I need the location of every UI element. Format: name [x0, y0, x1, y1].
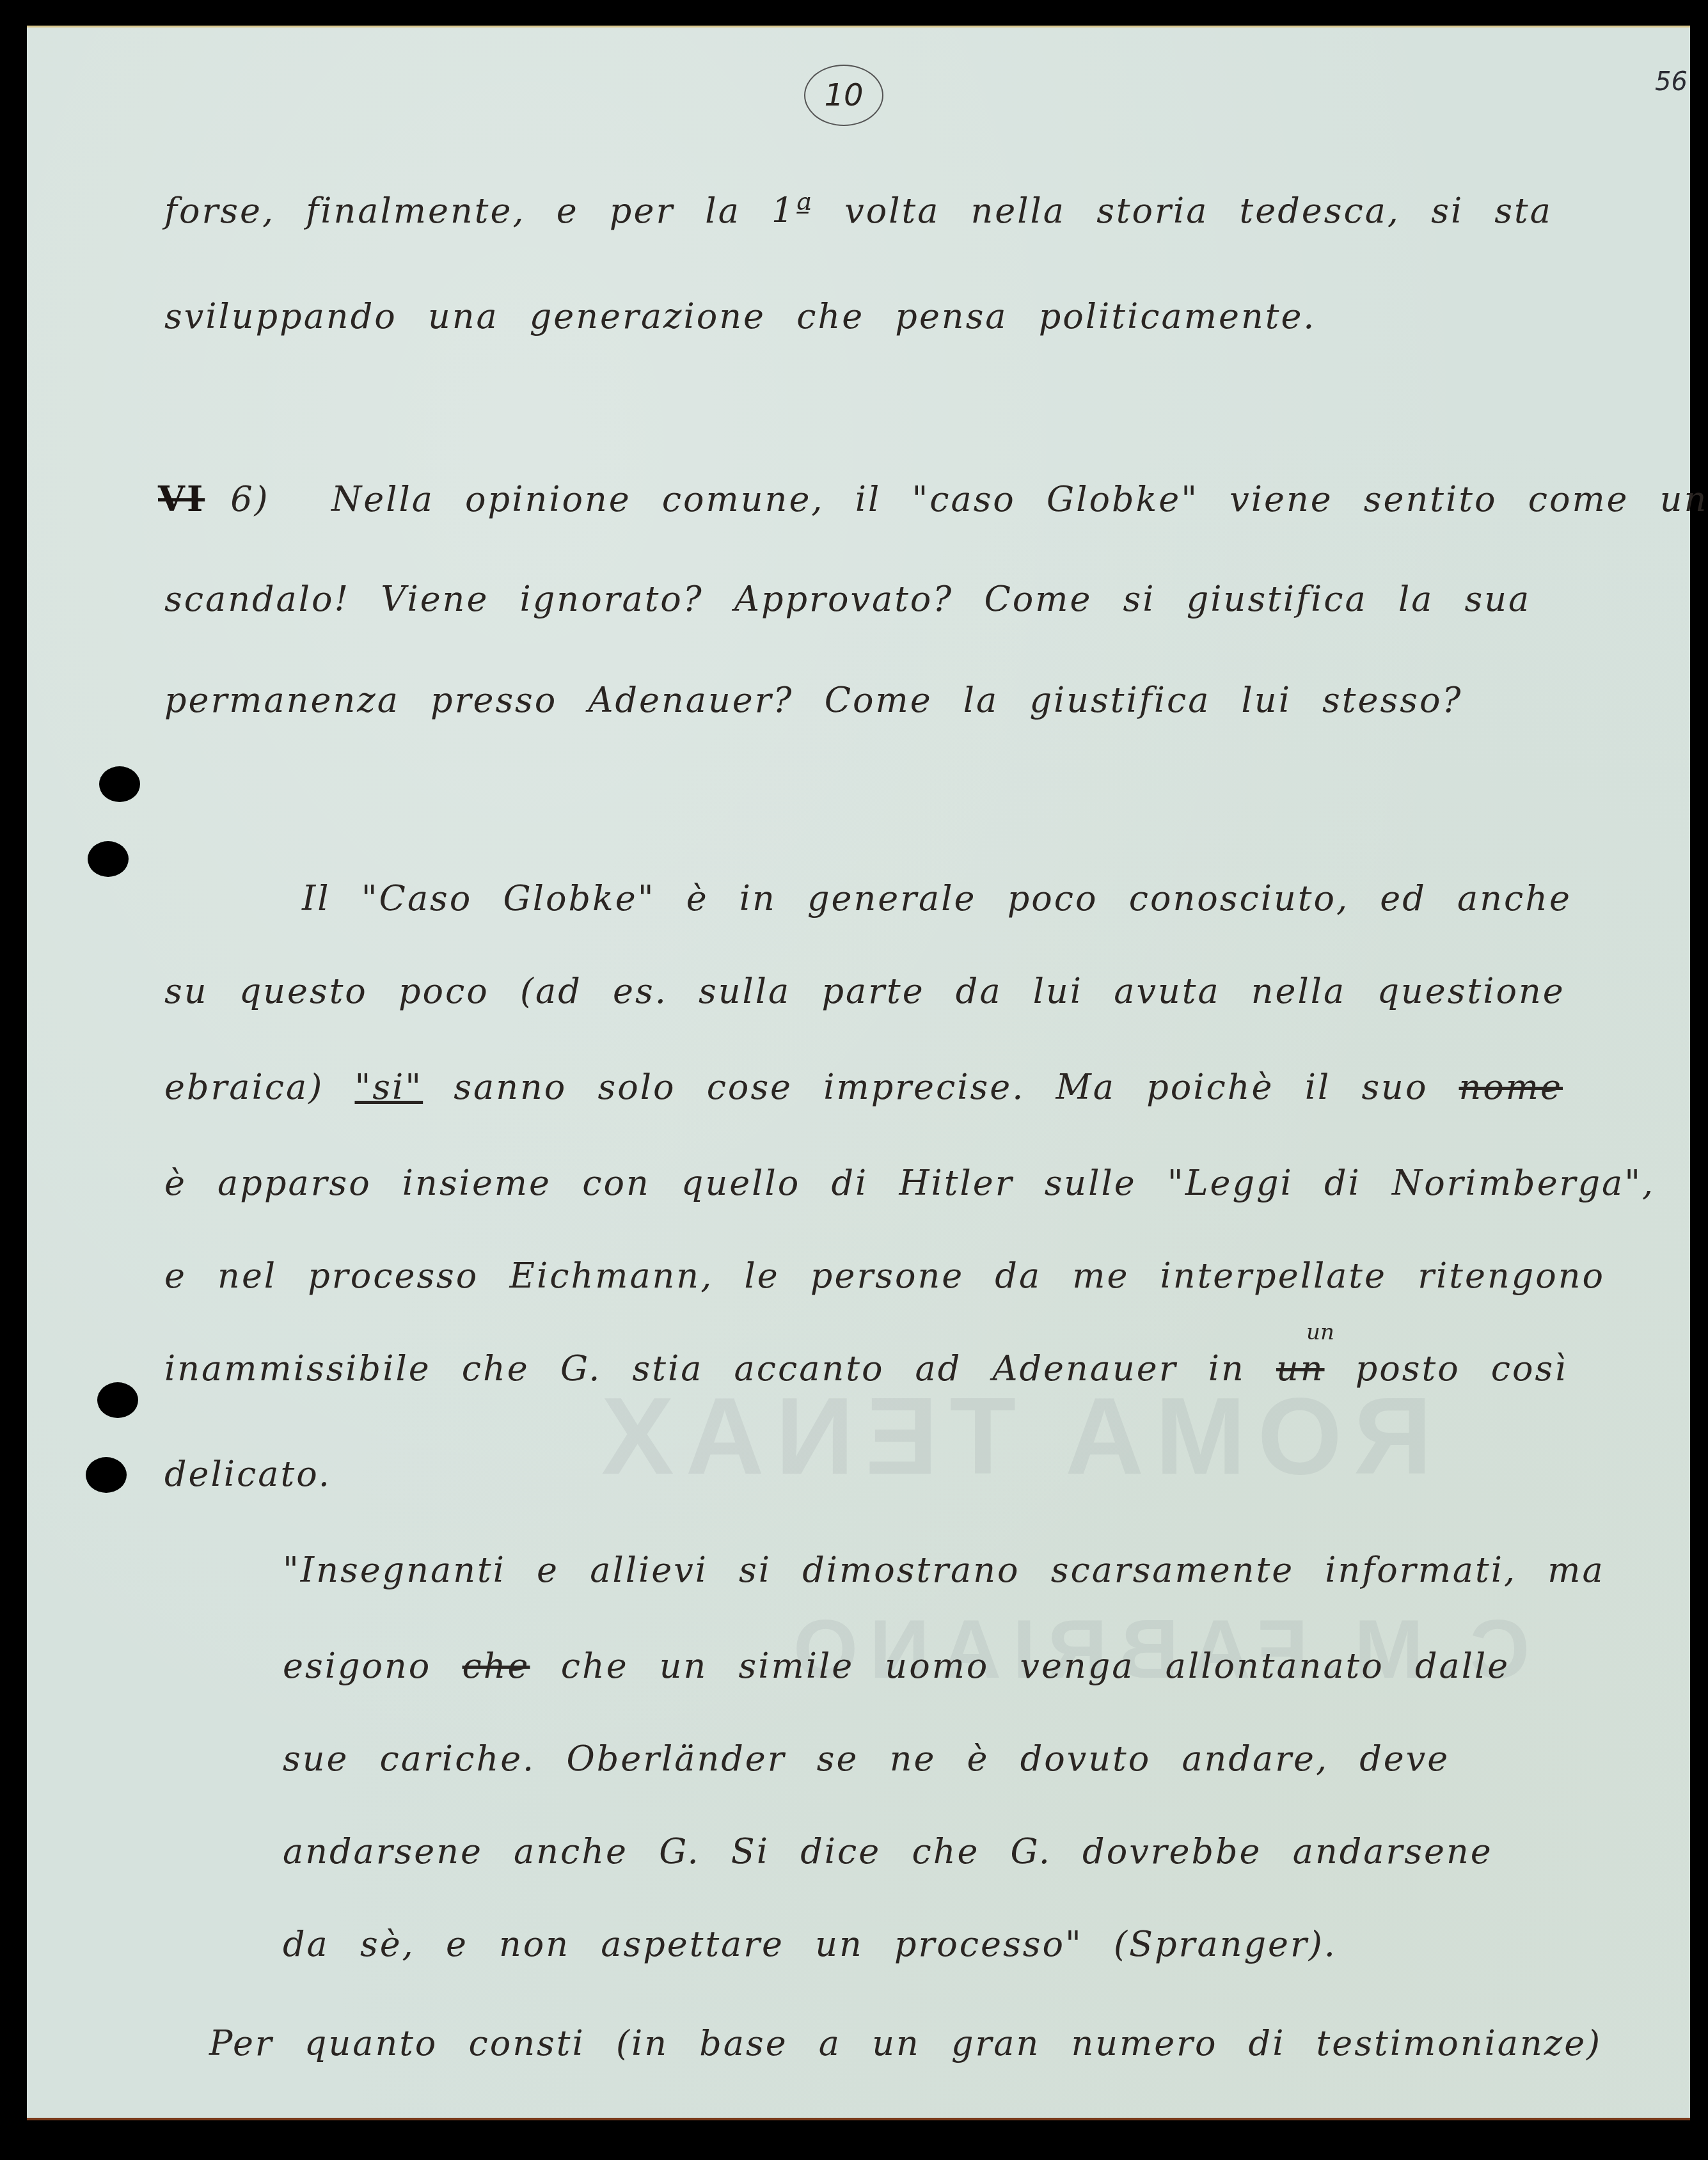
text-fragment: esigono [283, 1646, 462, 1686]
quote-line: andarsene anche G. Si dice che G. dovreb… [283, 1831, 1493, 1872]
text-line: Per quanto consti (in base a un gran num… [209, 2023, 1602, 2063]
quote-line: da sè, e non aspettare un processo" (Spr… [283, 1924, 1337, 1964]
text-fragment: che un simile uomo venga allontanato dal… [530, 1646, 1510, 1686]
text-line: forse, finalmente, e per la 1ª volta nel… [164, 191, 1553, 231]
binder-hole [99, 766, 140, 802]
text-fragment: ebraica) [164, 1067, 354, 1107]
text-line: sviluppando una generazione che pensa po… [164, 296, 1317, 336]
binder-hole [88, 841, 129, 877]
binder-hole [97, 1382, 138, 1418]
struck-section-marker: VI [158, 478, 205, 519]
text-line: è apparso insieme con quello di Hitler s… [164, 1163, 1655, 1203]
text-line: scandalo! Viene ignorato? Approvato? Com… [164, 579, 1531, 619]
text-line: su questo poco (ad es. sulla parte da lu… [164, 971, 1565, 1011]
struck-word: un [1276, 1348, 1325, 1389]
text-fragment: inammissibile che G. stia accanto ad Ade… [164, 1348, 1276, 1389]
question-number: 6) [230, 479, 269, 519]
document-page: ROMA TENAX C.M.FABRIANO 10 56 forse, fin… [27, 26, 1690, 2120]
quote-line: "Insegnanti e allievi si dimostrano scar… [283, 1550, 1605, 1590]
underlined-word: "si" [354, 1067, 423, 1107]
text-fragment: posto così [1325, 1348, 1568, 1389]
text-fragment: sanno solo cose imprecise. Ma poichè il … [423, 1067, 1459, 1107]
binder-hole [86, 1457, 127, 1493]
archive-number: 56 [1655, 67, 1688, 97]
struck-word: che [462, 1646, 530, 1686]
page-number: 10 [824, 77, 863, 113]
text-line: ebraica) "si" sanno solo cose imprecise.… [164, 1067, 1563, 1107]
text-line: permanenza presso Adenauer? Come la gius… [164, 680, 1462, 720]
inserted-word: un [1306, 1320, 1334, 1345]
quote-line: sue cariche. Oberländer se ne è dovuto a… [283, 1738, 1450, 1779]
watermark-line1: ROMA TENAX [590, 1374, 1432, 1499]
text-line: e nel processo Eichmann, le persone da m… [164, 1256, 1605, 1296]
text-line: delicato. [164, 1454, 331, 1494]
text-line: Il "Caso Globke" è in generale poco cono… [302, 878, 1572, 918]
question-text: Nella opinione comune, il "caso Globke" … [331, 479, 1708, 519]
circled-page-number: 10 [804, 65, 883, 126]
question-line: VI6) Nella opinione comune, il "caso Glo… [158, 478, 1708, 519]
quote-line: esigono che che un simile uomo venga all… [283, 1646, 1510, 1686]
struck-word: nome [1459, 1067, 1563, 1107]
text-line: inammissibile che G. stia accanto ad Ade… [164, 1348, 1568, 1389]
